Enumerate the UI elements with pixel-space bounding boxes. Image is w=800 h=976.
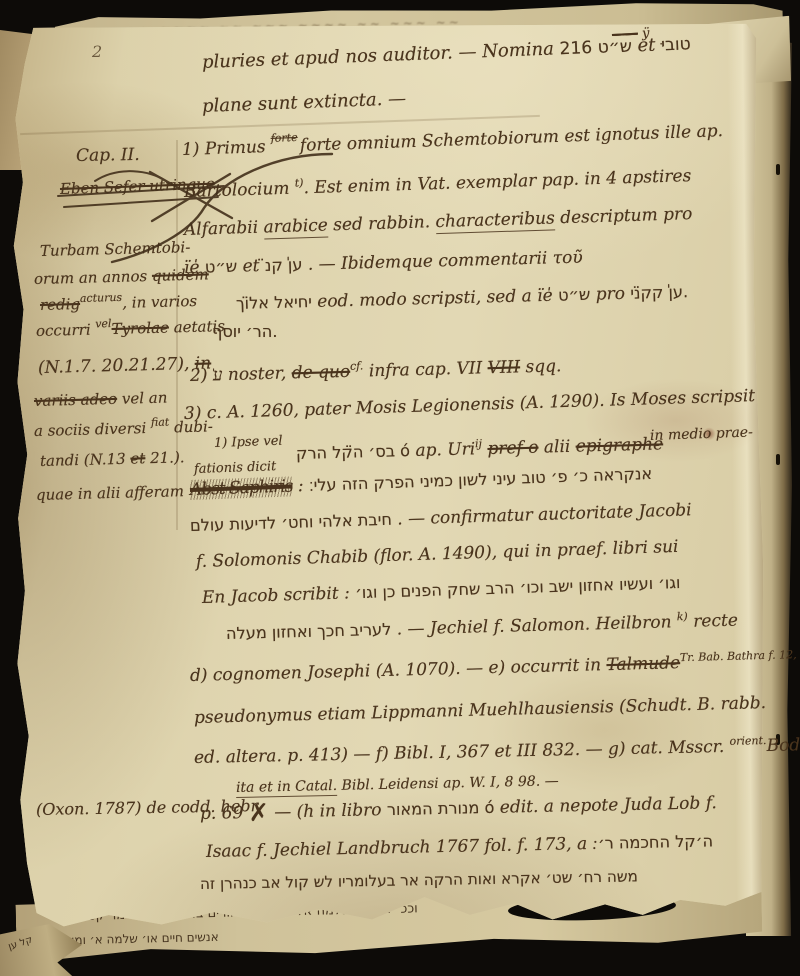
text-run: . — confirmatur auctoritate Jacobi <box>392 500 692 529</box>
hebrew-run: וגו׳ ועשיו אחזון ישב וכו׳ הרב שחק הפנים … <box>355 573 681 602</box>
footnote-line: Isaac f. Jechiel Landbruch 1767 fol. f. … <box>206 831 713 862</box>
chapter-label: Cap. II. <box>76 145 140 166</box>
hebrew-run: אנקראה כ׳ פ׳ טוב עיני לשון כמיני הפרק הז… <box>309 464 653 495</box>
margin-note: quae in alii afferam <box>36 482 184 504</box>
interlinear-note: fiat <box>151 415 170 428</box>
margin-note: a sociis diversi fiat dubi- <box>34 417 213 440</box>
text-run: alii <box>538 437 576 458</box>
text-run: vel an <box>117 389 168 408</box>
hebrew-run: חיבת אלהי וחט׳ לדיעות עולם <box>190 510 392 535</box>
struck-word: et <box>130 449 145 467</box>
text-run: . Est enim in Vat. exemplar pap. in 4 ap… <box>303 166 691 198</box>
interlinear-note: orient. <box>729 734 766 748</box>
underlined-word: characteribus <box>435 208 555 234</box>
struck-interlinear: forte <box>270 131 297 145</box>
text-run: . — Jechiel f. Salomon. Heilbron <box>391 612 677 639</box>
text-run: Turbam Schemtobi- <box>40 238 191 260</box>
underlined-word: arabice <box>263 215 328 239</box>
text-run: eod. modo scripsti, sed a ïe̍ <box>312 286 559 312</box>
text-run: et <box>237 256 265 277</box>
struck-word: de quo <box>291 362 350 384</box>
footnote-line: pseudonymus etiam Lippmanni Muehlhausien… <box>194 693 767 728</box>
scribbled-out-word: Abst Saphiris <box>190 476 293 500</box>
text-run: 3) c. A. 1260, pater Mosis Legionensis (… <box>184 386 756 424</box>
body-line: לעריב חכך ואחזון מעלה . — Jechiel f. Sal… <box>226 611 738 644</box>
interlinear-note: vel <box>95 317 112 330</box>
text-run: Cap. II. <box>76 145 140 166</box>
interlinear-note: cf. <box>350 359 364 372</box>
body-line: En Jacob scribit : וגו׳ ועשיו אחזון ישב … <box>202 573 681 608</box>
interlinear-correction: —— ÿ <box>612 26 650 43</box>
struck-word: pref o <box>487 438 539 459</box>
text-run: recte <box>688 611 739 632</box>
text-run: Bartolocium <box>184 179 296 202</box>
struck-word: quidem <box>152 265 209 284</box>
struck-word: —— <box>612 27 639 43</box>
text-run: infra cap. VII <box>363 358 488 381</box>
hebrew-run: ע̍ן קק̈ני. <box>630 282 688 303</box>
text-run: , in varios <box>122 292 197 312</box>
body-line: 1) Primus forteforte omnium Schemtobioru… <box>182 121 724 160</box>
margin-note: orum an annos quidem <box>34 265 209 288</box>
text-run: Alfarabii <box>184 218 264 240</box>
text-run: ed. altera. p. 413) — f) Bibl. I, 367 et… <box>194 737 730 768</box>
text-run: orum an annos <box>34 267 152 288</box>
text-run: ap. Uri <box>410 439 476 461</box>
text-run: sed rabbin. <box>328 212 436 235</box>
hebrew-run: יחיאל אל̈וך <box>236 292 312 313</box>
text-run: f. Solomonis Chabib (flor. A. 1490), qui… <box>196 537 679 572</box>
hebrew-run: ש״ט <box>558 285 591 305</box>
body-line: יחיאל אל̈וך eod. modo scripsti, sed a ïe… <box>236 282 689 314</box>
text-run: p. 69 <box>200 803 249 824</box>
text-run: edit. a nepote Juda Lob f. <box>494 793 717 818</box>
footnote-line: משה רח׳ שט׳ אקרא ואות הרקה אר בעלומריו ל… <box>200 866 638 893</box>
text-run: pro <box>590 284 631 305</box>
hebrew-run: בס׳ ה̈קל הרק ó <box>296 441 411 463</box>
text-run: pluries et apud nos auditor. — Nomina <box>202 38 560 73</box>
body-line: Bartolocium t). Est enim in Vat. exempla… <box>184 166 692 202</box>
margin-note: occurri velTyrolae aetatis <box>36 317 225 340</box>
manuscript-photo: ∼∼∼ ∼∼ ∼∼∼∼ ∼∼ ∼∼∼ ∼∼∼∼ ∼∼ ∼∼∼ ∼∼ וככ׳ ה… <box>0 0 800 976</box>
text-run: occurri <box>36 320 96 340</box>
cross-mark: ✗ <box>248 799 269 827</box>
text-run: 1) Primus <box>182 137 272 160</box>
struck-word: Talmude <box>606 653 680 675</box>
text-run: fationis dicit <box>194 459 277 477</box>
margin-note: redigacturus, in varios <box>40 292 198 314</box>
handwriting-layer: pluries et apud nos auditor. — Nomina ש״… <box>0 0 800 976</box>
text-run: Bibl. Leidensi ap. W. I, 8 98. — <box>337 773 559 794</box>
text-run: Bodl. <box>766 735 800 756</box>
hebrew-run: ש״ט <box>205 257 238 277</box>
text-run: aetatis <box>169 317 226 336</box>
interlinear-note: acturus <box>80 291 123 305</box>
text-run: Isaac f. Jechiel Landbruch 1767 fol. f. … <box>206 834 598 862</box>
margin-note: tandi (N.13 et 21.). <box>40 448 185 470</box>
struck-word: redig <box>40 295 81 314</box>
body-line: plane sunt extincta. — <box>202 88 407 117</box>
text-run: — (h in libro <box>269 800 388 822</box>
text-run: (N.1.7. 20.21.27), <box>38 354 195 378</box>
margin-note: Turbam Schemtobi- <box>40 238 191 260</box>
struck-word: variis adeo <box>34 390 118 410</box>
hebrew-run: מנורת המאור ó <box>387 798 495 819</box>
hebrew-run: טוביּ <box>661 34 691 55</box>
text-run: dubi- <box>169 417 213 436</box>
text-run: : <box>292 476 309 497</box>
body-line: חיבת אלהי וחט׳ לדיעות עולם . — confirmat… <box>190 500 692 536</box>
text-run: in medio prae- <box>650 424 753 444</box>
text-run: . — Ibidemque commentarii τοῦ <box>302 248 583 275</box>
text-run: pseudonymus etiam Lippmanni Muehlhausien… <box>194 693 767 728</box>
hebrew-run: ע̍ן קנ̈ <box>265 255 303 275</box>
underlined-word: ita et in Catal. <box>236 778 338 798</box>
text-run: En Jacob scribit : <box>202 583 356 608</box>
text-run: forte omnium Schemtobiorum est ignotus i… <box>300 121 724 156</box>
footnote-line: ed. altera. p. 413) — f) Bibl. I, 367 et… <box>194 735 800 768</box>
interlinear-note: fationis dicit <box>194 459 277 477</box>
footnote-line: d) cognomen Josephi (A. 1070). — e) occu… <box>190 649 800 686</box>
interlinear-note: Tr. Bab. Bathra f. 12, n.t.d <box>680 647 800 664</box>
text-run: tandi (N.13 <box>40 450 131 470</box>
body-line: f. Solomonis Chabib (flor. A. 1490), qui… <box>196 537 679 572</box>
footnote-mark: ij <box>475 437 482 450</box>
struck-word: in <box>194 353 211 373</box>
text-run: plane sunt extincta. — <box>202 88 407 117</box>
body-line: בס׳ ה̈קל הרק ó ap. Uriij pref o alii epi… <box>296 434 664 464</box>
hebrew-run: משה רח׳ שט׳ אקרא ואות הרקה אר בעלומריו ל… <box>200 867 638 893</box>
body-line: 2) ע̍ noster, de quocf. infra cap. VII V… <box>190 356 562 386</box>
body-line: 3) c. A. 1260, pater Mosis Legionensis (… <box>184 386 756 424</box>
struck-word: Tyrolae <box>111 319 169 338</box>
footnote-mark: t) <box>295 176 304 189</box>
text-run: a sociis diversi <box>34 419 152 440</box>
text-run: quae in alii afferam <box>36 482 184 504</box>
margin-note: (N.1.7. 20.21.27), in <box>38 353 212 378</box>
body-line: Alfarabii arabice sed rabbin. characteri… <box>184 204 693 240</box>
text-run: sqq. <box>520 356 562 377</box>
body-line: ïe̍ ש״ט et ע̍ן קנ̈ . — Ibidemque comment… <box>184 248 583 278</box>
text-run: 21.). <box>145 448 185 467</box>
margin-note: variis adeo vel an <box>34 389 168 410</box>
hebrew-run: ה׳קל החכמה ר׳ <box>598 831 713 852</box>
text-run: d) cognomen Josephi (A. 1070). — e) occu… <box>190 655 607 686</box>
text-run: descriptum pro <box>555 204 693 228</box>
hebrew-run: לעריב חכך ואחזון מעלה <box>226 620 392 643</box>
struck-word: VIII <box>487 357 520 378</box>
line-continuation: in medio prae- <box>650 424 753 444</box>
text-run: ÿ <box>642 26 650 41</box>
interlinear-note: 1) Ipse vel <box>214 434 283 451</box>
footnote-mark: k) <box>677 610 688 623</box>
text-run: 1) Ipse vel <box>214 434 283 451</box>
